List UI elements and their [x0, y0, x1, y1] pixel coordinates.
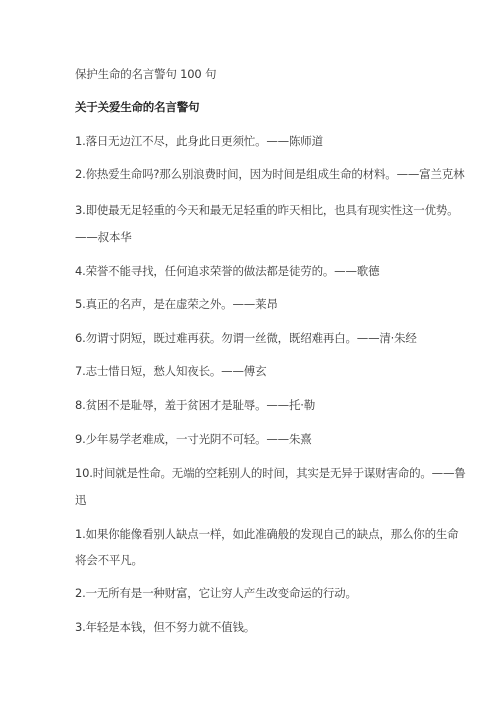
quote-line: 1.如果你能像看别人缺点一样，如此准确般的发现自己的缺点，那么你的生命	[75, 527, 458, 541]
quote-line: 3.即使最无足轻重的今天和最无足轻重的昨天相比，也具有现实性这一优势。	[75, 203, 458, 217]
quote-line: 8.贫困不是耻辱，羞于贫困才是耻辱。——托·勒	[75, 398, 315, 412]
quote-line: 2.你热爱生命吗?那么别浪费时间，因为时间是组成生命的材料。——富兰克林	[75, 167, 464, 181]
quote-line: 6.勿谓寸阴短，既过难再获。勿谓一丝微，既绍难再白。——清·朱经	[75, 331, 417, 345]
quote-line: 3.年轻是本钱，但不努力就不值钱。	[75, 620, 255, 634]
quote-line: 9.少年易学老难成，一寸光阴不可轻。——朱熹	[75, 432, 312, 446]
quote-line: 7.志士惜日短，愁人知夜长。——傅玄	[75, 364, 266, 378]
quote-line: 1.落日无边江不尽，此身此日更须忙。——陈师道	[75, 134, 323, 148]
quote-line-continuation: ——叔本华	[75, 230, 132, 244]
quote-line: 5.真正的名声，是在虚荣之外。——莱昂	[75, 297, 278, 311]
quote-line-continuation: 迅	[75, 493, 86, 507]
quote-line: 2.一无所有是一种财富，它让穷人产生改变命运的行动。	[75, 586, 357, 600]
section-heading: 关于关爱生命的名言警句	[75, 100, 199, 114]
document-title: 保护生命的名言警句 100 句	[75, 67, 216, 81]
quote-line-continuation: 将会不平凡。	[75, 553, 143, 567]
quote-line: 4.荣誉不能寻找，任何追求荣誉的做法都是徒劳的。——歌德	[75, 264, 379, 278]
quote-line: 10.时间就是性命。无端的空耗别人的时间，其实是无异于谋财害命的。——鲁	[75, 466, 466, 480]
